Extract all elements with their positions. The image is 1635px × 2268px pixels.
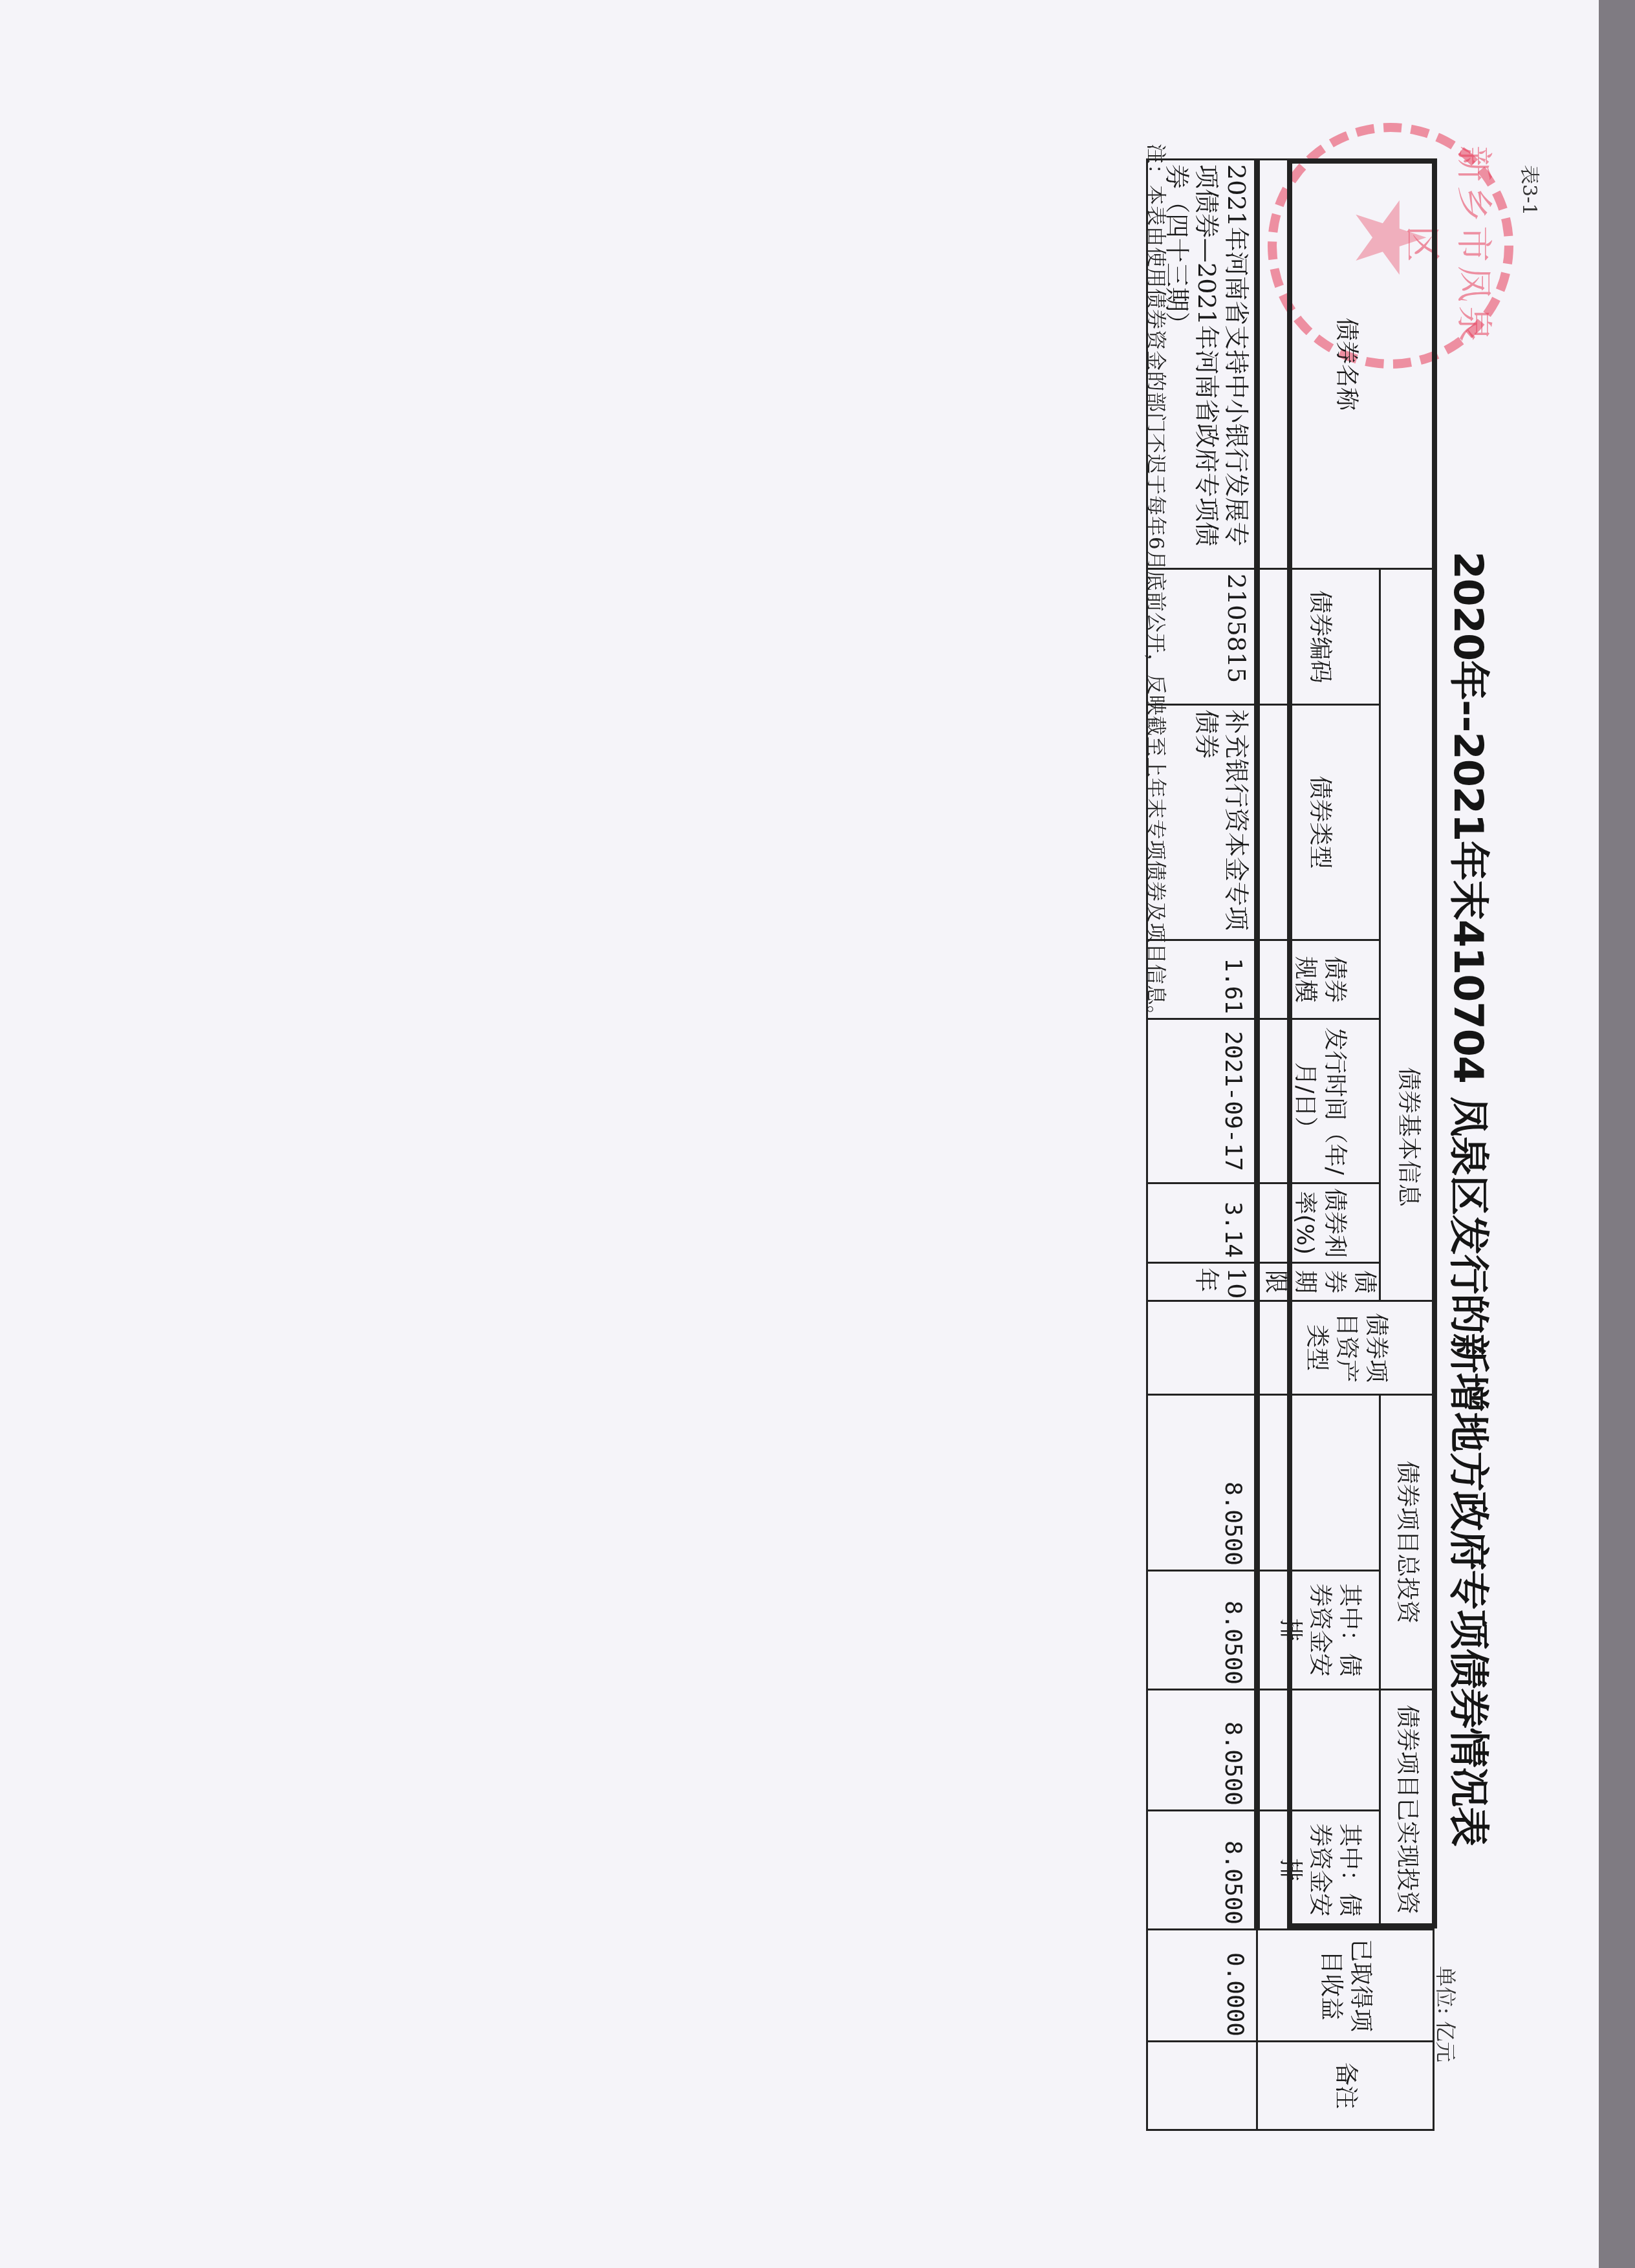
cell-total-investment: 8.0500 (1147, 1395, 1257, 1571)
sheet-label: 表3-1 (1517, 165, 1546, 215)
cell-asset-type (1147, 1301, 1257, 1395)
cell-issue-date: 2021-09-17 (1147, 1019, 1257, 1183)
cell-interest-rate: 3.14 (1147, 1183, 1257, 1263)
header-bond-name: 债券名称 (1257, 160, 1434, 569)
header-total-bond-funds: 其中：债券资金安排 (1257, 1571, 1380, 1690)
unit-label: 单位: 亿元 (1432, 1966, 1462, 2062)
cell-total-bond-funds: 8.0500 (1147, 1571, 1257, 1690)
header-asset-type: 债券项目资产类型 (1257, 1301, 1434, 1395)
header-remarks: 备注 (1257, 2042, 1434, 2130)
header-term: 债券期限 (1257, 1263, 1380, 1301)
cell-income: 0.0000 (1147, 1930, 1257, 2042)
header-issue-date: 发行时间（年/月/日） (1257, 1019, 1380, 1183)
header-group-total-investment: 债券项目总投资 (1380, 1395, 1434, 1690)
document-title: 2020年--2021年末410704 凤泉区发行的新增地方政府专项债券情况表 (1443, 0, 1500, 2268)
cell-term: 10年 (1147, 1263, 1257, 1301)
header-income: 已取得项目收益 (1257, 1930, 1434, 2042)
bond-table: 债券名称 债券项目资产类型 债券项目总投资 债券项目已实现投资 已取得项目收益 … (1146, 158, 1435, 2131)
header-bond-type: 债券类型 (1257, 705, 1380, 940)
rotated-document-page: 新乡市凤泉区 ★ 表3-1 2020年--2021年末410704 凤泉区发行的… (0, 0, 1635, 2268)
group-basic-info-label: 债券基本信息 (1394, 1067, 1427, 1207)
cell-remarks (1147, 2042, 1257, 2130)
header-bond-scale: 债券规模 (1257, 940, 1380, 1019)
header-group-realized-investment: 债券项目已实现投资 (1380, 1690, 1434, 1930)
scanner-edge (1599, 0, 1635, 2268)
header-interest-rate: 债券利率(%) (1257, 1183, 1380, 1263)
header-bond-code: 债券编码 (1257, 569, 1380, 705)
footnote: 注：本表由使用债券资金的部门不迟于每年6月底前公开，反映截至上年末专项债券及项目… (1143, 144, 1173, 1026)
cell-realized-investment: 8.0500 (1147, 1690, 1257, 1811)
header-realized-bond-funds: 其中：债券资金安排 (1257, 1811, 1380, 1930)
cell-realized-bond-funds: 8.0500 (1147, 1811, 1257, 1930)
